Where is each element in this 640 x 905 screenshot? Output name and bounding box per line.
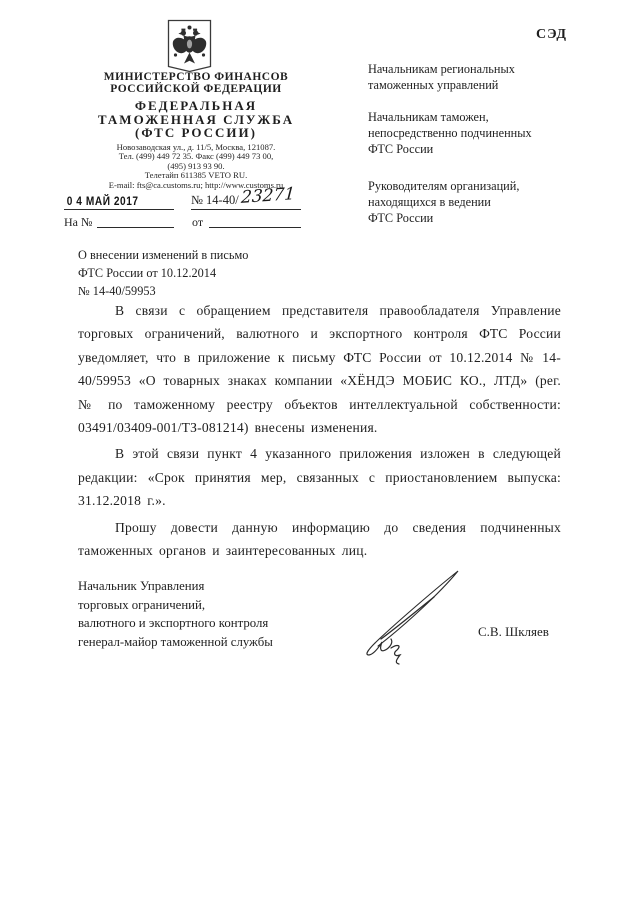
reply-date-label: от: [192, 215, 203, 230]
addressee-organization-leaders: Руководителям организаций, находящихся в…: [368, 179, 588, 226]
signature-icon: [360, 562, 472, 670]
date-stamp: 0 4 МАЙ 2017: [64, 193, 139, 208]
addressee-customs-heads: Начальникам таможен, непосредственно под…: [368, 110, 588, 157]
outgoing-number-field: № 14-40/23271: [191, 189, 301, 210]
body-paragraph: Прошу довести данную информацию до сведе…: [78, 516, 561, 563]
reply-date-blank: [209, 212, 301, 228]
handwritten-number: 23271: [240, 184, 295, 208]
reply-number-blank: [97, 212, 174, 228]
outgoing-date-field: 0 4 МАЙ 2017: [64, 192, 174, 210]
reply-number-label: На №: [64, 215, 92, 230]
scanned-letter-page: СЭД МИНИСТЕРСТВО ФИНАНСОВ РОССИЙСКОЙ ФЕД…: [0, 0, 640, 905]
signer-title: Начальник Управления торговых ограничени…: [78, 577, 338, 651]
signer-name: С.В. Шкляев: [478, 624, 549, 640]
coat-of-arms-icon: [167, 19, 212, 73]
ministry-name: МИНИСТЕРСТВО ФИНАНСОВ РОССИЙСКОЙ ФЕДЕРАЦ…: [60, 72, 332, 95]
addressee-regional-directorates: Начальникам региональных таможенных упра…: [368, 62, 588, 94]
agency-name: ФЕДЕРАЛЬНАЯ ТАМОЖЕННАЯ СЛУЖБА (ФТС РОССИ…: [60, 99, 332, 140]
body-paragraph: В связи с обращением представителя право…: [78, 299, 561, 439]
letter-body: В связи с обращением представителя право…: [78, 299, 561, 565]
sed-label: СЭД: [536, 27, 567, 43]
letter-subject: О внесении изменений в письмо ФТС России…: [78, 246, 328, 300]
body-paragraph: В этой связи пункт 4 указанного приложен…: [78, 442, 561, 512]
letterhead-contacts: Новозаводская ул., д. 11/5, Москва, 1210…: [60, 143, 332, 190]
number-prefix: № 14-40/: [191, 193, 239, 207]
